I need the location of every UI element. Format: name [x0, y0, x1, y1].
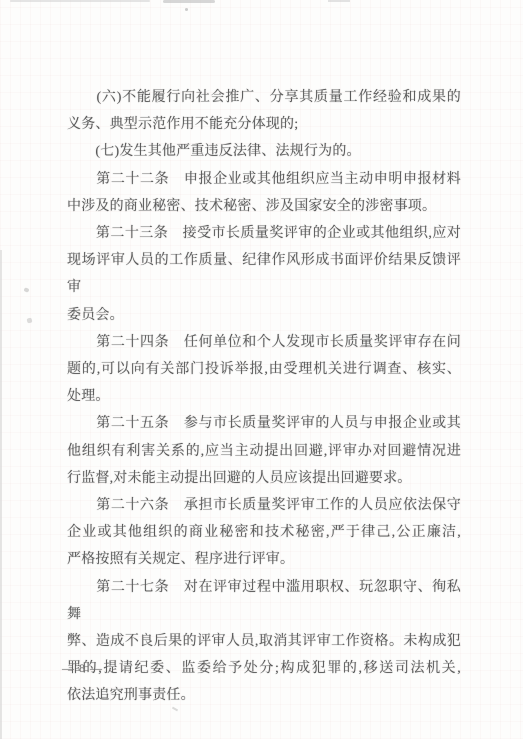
text-line: 第二十七条 对在评审过程中滥用职权、玩忽职守、徇私舞 [67, 574, 461, 628]
scan-speck [26, 317, 32, 323]
text-line: 题的,可以向有关部门投诉举报,由受理机关进行调查、核实、 [67, 356, 461, 383]
text-line: 依法追究刑事责任。 [67, 682, 461, 709]
text-line: 委员会。 [67, 302, 461, 329]
text-line: 严格按照有关规定、程序进行评审。 [67, 546, 461, 573]
scanned-document-page: (六)不能履行向社会推广、分享其质量工作经验和成果的 义务、典型示范作用不能充分… [0, 0, 523, 739]
text-line: 中涉及的商业秘密、技术秘密、涉及国家安全的涉密事项。 [67, 193, 461, 220]
text-line: 处理。 [67, 383, 461, 410]
scan-edge-artifact [10, 0, 150, 2]
text-line: 罪的,提请纪委、监委给予处分;构成犯罪的,移送司法机关, [67, 655, 461, 682]
scan-edge-artifact [163, 0, 215, 3]
text-line: 义务、典型示范作用不能充分体现的; [67, 111, 461, 138]
scan-edge-artifact [328, 0, 350, 2]
scan-speck [23, 287, 29, 293]
text-line: (六)不能履行向社会推广、分享其质量工作经验和成果的 [67, 84, 461, 111]
text-line: 第二十四条 任何单位和个人发现市长质量奖评审存在问 [67, 329, 461, 356]
text-line: 他组织有利害关系的,应当主动提出回避,评审办对回避情况进 [67, 438, 461, 465]
text-line: 弊、造成不良后果的评审人员,取消其评审工作资格。未构成犯 [67, 628, 461, 655]
document-body: (六)不能履行向社会推广、分享其质量工作经验和成果的 义务、典型示范作用不能充分… [67, 84, 461, 710]
scan-speck [185, 8, 188, 11]
text-line: 第二十六条 承担市长质量奖评审工作的人员应依法保守 [67, 492, 461, 519]
text-line: 行监督,对未能主动提出回避的人员应该提出回避要求。 [67, 465, 461, 492]
text-line: 企业或其他组织的商业秘密和技术秘密,严于律己,公正廉洁, [67, 519, 461, 546]
text-line: 第二十三条 接受市长质量奖评审的企业或其他组织,应对 [67, 220, 461, 247]
text-line: 现场评审人员的工作质量、纪律作风形成书面评价结果反馈评审 [67, 247, 461, 301]
page-number: — 8 — [62, 661, 103, 676]
text-line: (七)发生其他严重违反法律、法规行为的。 [67, 138, 461, 165]
text-line: 第二十五条 参与市长质量奖评审的人员与申报企业或其 [67, 410, 461, 437]
scan-edge-artifact [0, 250, 2, 739]
text-line: 第二十二条 申报企业或其他组织应当主动申明申报材料 [67, 166, 461, 193]
